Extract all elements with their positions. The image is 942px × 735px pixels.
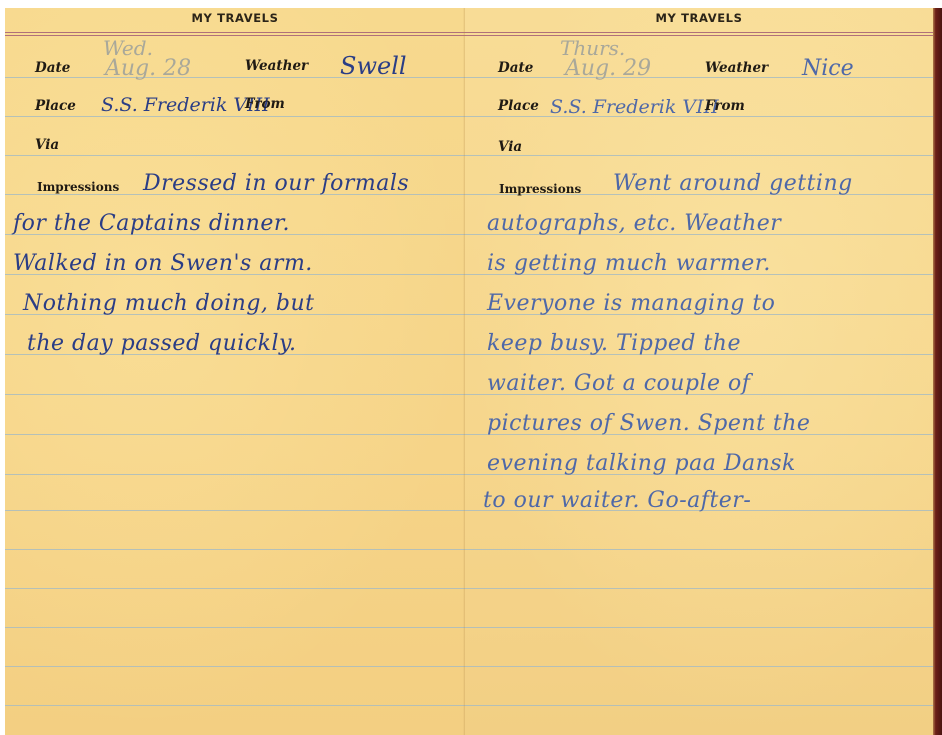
impressions-line: evening talking paa Dansk [487, 451, 796, 476]
impressions-line: Everyone is managing to [487, 291, 775, 316]
weather-value: Swell [340, 52, 407, 80]
impressions-line: keep busy. Tipped the [487, 331, 741, 356]
ruled-line [5, 627, 465, 628]
from-label: From [245, 96, 285, 112]
impressions-line: for the Captains dinner. [13, 211, 290, 236]
right-page: MY TRAVELS Date Thurs. Aug. 29 Weather N… [465, 8, 933, 735]
impressions-label: Impressions [37, 180, 119, 194]
header-rule [465, 35, 933, 36]
ruled-line [5, 549, 465, 550]
ruled-line [5, 588, 465, 589]
ruled-line [465, 549, 933, 550]
ruled-line [5, 116, 465, 117]
ruled-line [5, 510, 465, 511]
ruled-line [5, 705, 465, 706]
date-label: Date [35, 60, 70, 76]
impressions-label: Impressions [499, 182, 581, 196]
impressions-line: pictures of Swen. Spent the [487, 411, 810, 436]
ruled-line [5, 474, 465, 475]
ruled-line [465, 666, 933, 667]
ruled-line [5, 394, 465, 395]
ruled-line [465, 705, 933, 706]
date-value: Aug. 29 [565, 56, 651, 81]
impressions-line: to our waiter. Go-after- [483, 488, 751, 513]
weather-value: Nice [802, 56, 854, 81]
impressions-line: Walked in on Swen's arm. [13, 251, 313, 276]
via-label: Via [35, 137, 59, 153]
header-rule [465, 32, 933, 33]
date-label: Date [498, 60, 533, 76]
impressions-line: Dressed in our formals [143, 171, 409, 196]
impressions-line: Nothing much doing, but [23, 291, 315, 316]
diary-spread: MY TRAVELS Date Wed. Aug. 28 Weather Swe… [5, 8, 942, 735]
header-rule [5, 35, 465, 36]
place-value: S.S. Frederik VIII [550, 96, 719, 118]
ruled-line [5, 666, 465, 667]
ruled-line [465, 155, 933, 156]
from-label: From [705, 98, 745, 114]
impressions-line: waiter. Got a couple of [487, 371, 750, 396]
impressions-line: is getting much warmer. [487, 251, 771, 276]
page-header: MY TRAVELS [5, 11, 465, 31]
impressions-line: autographs, etc. Weather [487, 211, 781, 236]
ruled-line [465, 627, 933, 628]
ruled-line [5, 434, 465, 435]
place-label: Place [498, 98, 539, 114]
place-label: Place [35, 98, 76, 114]
book-cover-edge [933, 8, 942, 735]
left-page: MY TRAVELS Date Wed. Aug. 28 Weather Swe… [5, 8, 465, 735]
header-rule [5, 32, 465, 33]
ruled-line [465, 77, 933, 78]
weather-label: Weather [245, 58, 308, 74]
ruled-line [465, 588, 933, 589]
ruled-line [5, 155, 465, 156]
impressions-line: Went around getting [613, 171, 853, 196]
page-header: MY TRAVELS [465, 11, 933, 31]
via-label: Via [498, 139, 522, 155]
weather-label: Weather [705, 60, 768, 76]
impressions-line: the day passed quickly. [27, 331, 297, 356]
date-value: Aug. 28 [105, 56, 191, 81]
